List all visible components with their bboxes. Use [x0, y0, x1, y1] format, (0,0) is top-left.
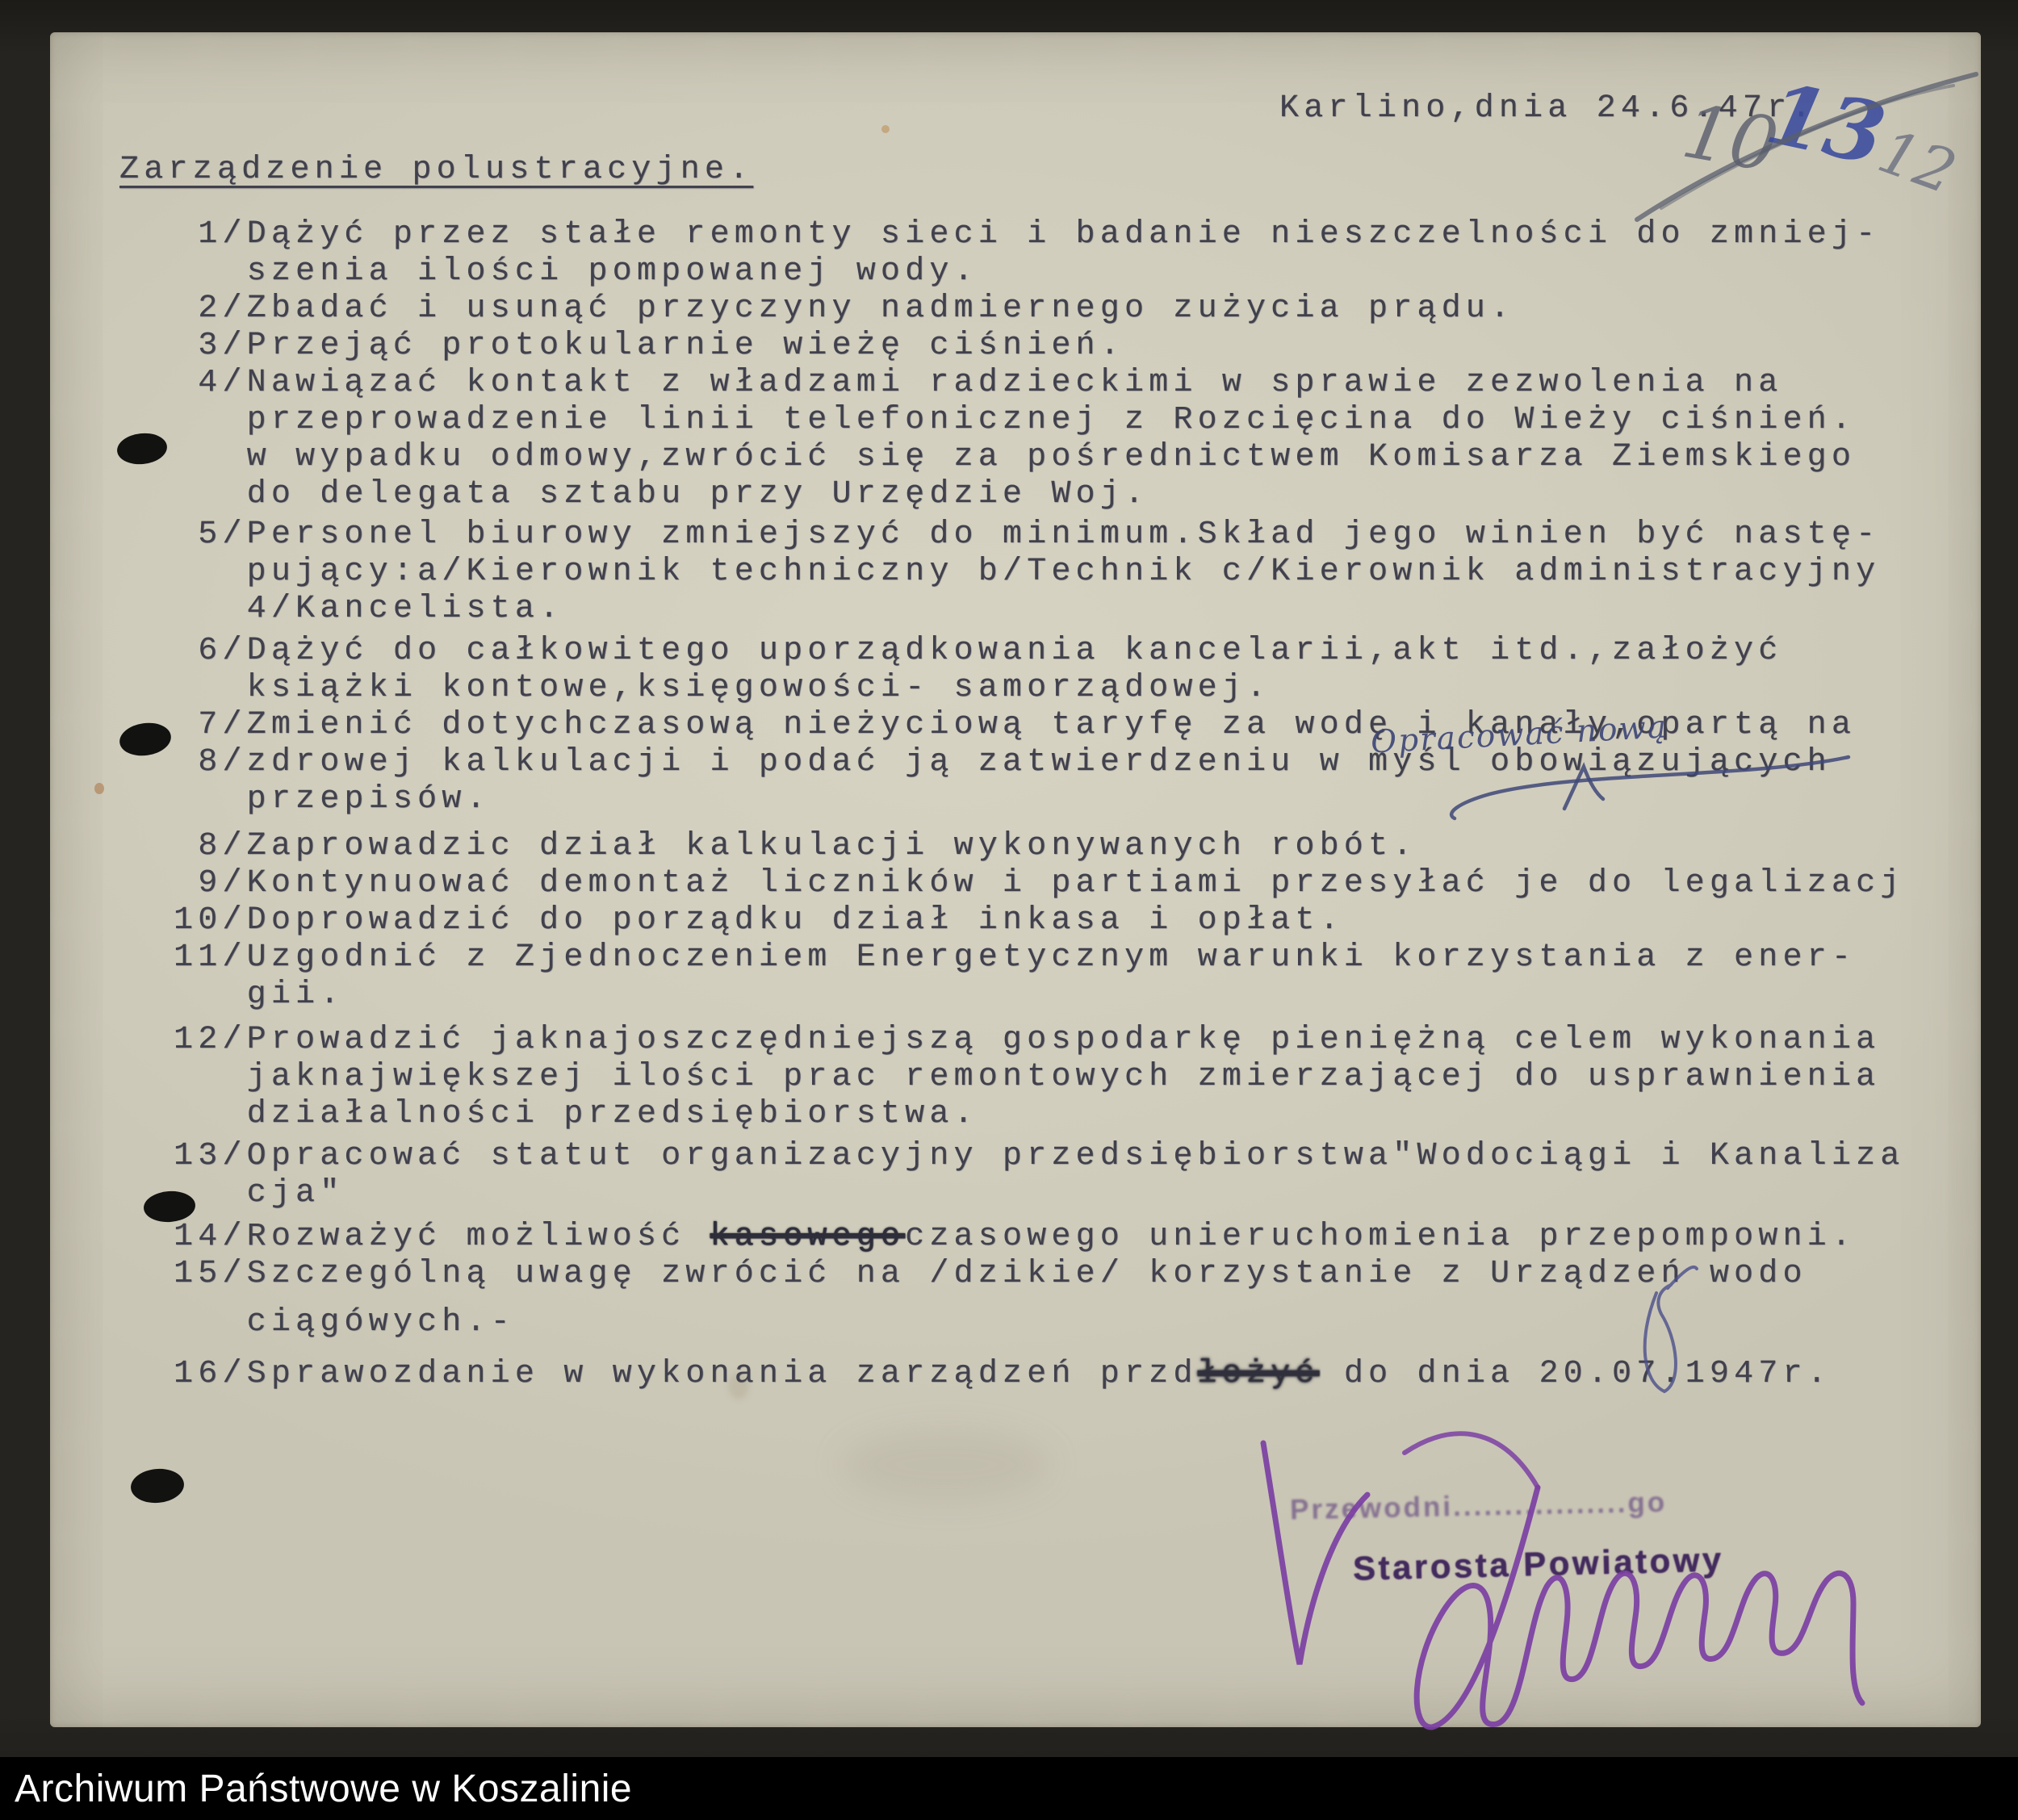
document-line: 12/Prowadzić jaknajoszczędniejszą gospod… [174, 1022, 1904, 1059]
typed-text: 4/Nawiązać kontakt z władzami radzieckim… [174, 365, 1782, 401]
document-line: 10/Doprowadzić do porządku dział inkasa … [174, 902, 1904, 939]
document-line: 8/zdrowej kalkulacji i podać ją zatwierd… [174, 744, 1904, 781]
typed-text: jaknajwiększej ilości prac remontowych z… [174, 1059, 1880, 1095]
document-line: 4/Kancelista. [174, 591, 1904, 628]
document-line: 11/Uzgodnić z Zjednoczeniem Energetyczny… [174, 939, 1904, 977]
document-line: pujący:a/Kierownik techniczny b/Technik … [174, 554, 1904, 591]
document-line: ciągówych.- [174, 1304, 1904, 1341]
typed-text: 9/Kontynuować demontaż liczników i parti… [174, 865, 1904, 902]
document-line: 16/Sprawozdanie w wykonania zarządzeń pr… [174, 1356, 1904, 1393]
document-line: w wypadku odmowy,zwrócić się za pośredni… [174, 439, 1904, 476]
typed-text: czasowego unieruchomienia przepompowni. [905, 1219, 1856, 1255]
typed-text: 8/Zaprowadzic dział kalkulacji wykonywan… [174, 828, 1417, 864]
document-line: 3/Przejąć protokularnie wieżę ciśnień. [174, 328, 1904, 365]
typed-text: 5/Personel biurowy zmniejszyć do minimum… [174, 517, 1880, 553]
typed-text: 6/Dążyć do całkowitego uporządkowania ka… [174, 633, 1782, 669]
document-line: szenia ilości pompowanej wody. [174, 253, 1904, 291]
document-line: 15/Szczególną uwagę zwrócić na /dzikie/ … [174, 1256, 1904, 1293]
struck-text: kasowego [710, 1219, 906, 1255]
document-line: 5/Personel biurowy zmniejszyć do minimum… [174, 517, 1904, 554]
stain [881, 125, 890, 133]
typed-text: 15/Szczególną uwagę zwrócić na /dzikie/ … [174, 1256, 1807, 1292]
document-line: przepisów. [174, 781, 1904, 818]
typed-text: gii. [174, 977, 344, 1013]
typed-text: przepisów. [174, 781, 491, 818]
typed-text: 16/Sprawozdanie w wykonania zarządzeń pr… [174, 1356, 1198, 1392]
typed-text: 2/Zbadać i usunąć przyczyny nadmiernego … [174, 291, 1514, 327]
document-line: jaknajwiększej ilości prac remontowych z… [174, 1059, 1904, 1096]
typed-text: 10/Doprowadzić do porządku dział inkasa … [174, 902, 1344, 939]
typed-text: 14/Rozważyć możliwość [174, 1219, 710, 1255]
document-line: 14/Rozważyć możliwość kasowegoczasowego … [174, 1219, 1904, 1256]
typed-text: w wypadku odmowy,zwrócić się za pośredni… [174, 439, 1856, 475]
document-line: 8/Zaprowadzic dział kalkulacji wykonywan… [174, 828, 1904, 865]
typed-body: 1/Dążyć przez stałe remonty sieci i bada… [174, 216, 1904, 1393]
page-title: Zarządzenie polustracyjne. [119, 152, 753, 188]
document-line: 13/Opracować statut organizacyjny przeds… [174, 1138, 1904, 1175]
document-line: książki kontowe,księgowości- samorządowe… [174, 670, 1904, 707]
typed-text: ciągówych.- [174, 1304, 515, 1341]
document-line: 9/Kontynuować demontaż liczników i parti… [174, 865, 1904, 902]
typed-text: 3/Przejąć protokularnie wieżę ciśnień. [174, 328, 1124, 364]
typed-text: 11/Uzgodnić z Zjednoczeniem Energetyczny… [174, 939, 1856, 976]
typed-text: pujący:a/Kierownik techniczny b/Technik … [174, 554, 1880, 590]
typed-text: do dnia 20.07.1947r. [1320, 1356, 1832, 1392]
document-line: 1/Dążyć przez stałe remonty sieci i bada… [174, 216, 1904, 253]
archive-caption-label: Archiwum Państwowe w Koszalinie [15, 1767, 632, 1811]
document-line: do delegata sztabu przy Urzędzie Woj. [174, 476, 1904, 513]
typed-text: 4/Kancelista. [174, 591, 563, 627]
typed-text: szenia ilości pompowanej wody. [174, 253, 978, 290]
typed-text: działalności przedsiębiorstwa. [174, 1096, 978, 1132]
typed-text: 13/Opracować statut organizacyjny przeds… [174, 1138, 1904, 1174]
archive-caption-bar: Archiwum Państwowe w Koszalinie [0, 1757, 2018, 1820]
document-line: działalności przedsiębiorstwa. [174, 1096, 1904, 1133]
scanned-archive-page: { "archive_bar": { "label": "Archiwum Pa… [0, 0, 2018, 1820]
document-line: 6/Dążyć do całkowitego uporządkowania ka… [174, 633, 1904, 670]
typed-text: 12/Prowadzić jaknajoszczędniejszą gospod… [174, 1022, 1880, 1058]
document-line: cja" [174, 1175, 1904, 1212]
typed-text: cja" [174, 1175, 344, 1211]
document-line: przeprowadzenie linii telefonicznej z Ro… [174, 402, 1904, 439]
typed-text: do delegata sztabu przy Urzędzie Woj. [174, 476, 1149, 513]
struck-text: łożyć [1198, 1356, 1320, 1392]
typed-text: książki kontowe,księgowości- samorządowe… [174, 670, 1271, 706]
document-line: 4/Nawiązać kontakt z władzami radzieckim… [174, 365, 1904, 402]
document-line: gii. [174, 977, 1904, 1014]
document-line: 2/Zbadać i usunąć przyczyny nadmiernego … [174, 291, 1904, 328]
typed-text: przeprowadzenie linii telefonicznej z Ro… [174, 402, 1856, 438]
stain [94, 783, 104, 794]
typed-text: 1/Dążyć przez stałe remonty sieci i bada… [174, 216, 1880, 253]
stain [841, 1429, 1051, 1501]
